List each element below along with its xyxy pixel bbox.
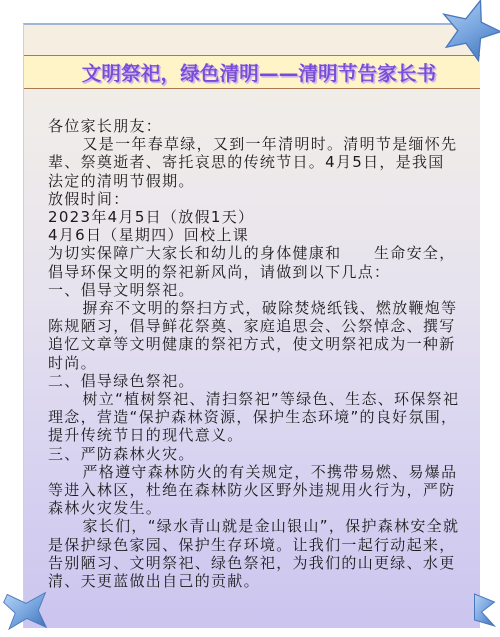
holiday-label: 放假时间： <box>48 190 460 208</box>
purpose-paragraph: 为切实保障广大家长和幼儿的身体健康和 生命安全，倡导环保文明的祭祀新风尚，请做到… <box>48 244 460 280</box>
section-heading-3: 三、严防森林火灾。 <box>48 445 460 463</box>
card-top-band <box>24 25 480 55</box>
intro-paragraph: 又是一年春草绿，又到一年清明时。清明节是缅怀先辈、祭奠逝者、寄托哀思的传统节日。… <box>48 135 460 190</box>
section-heading-1: 一、倡导文明祭祀。 <box>48 281 460 299</box>
star-icon-top-right <box>436 0 500 62</box>
section-heading-2: 二、倡导绿色祭祀。 <box>48 372 460 390</box>
section-body-3: 严格遵守森林防火的有关规定，不携带易燃、易爆品等进入林区，杜绝在森林防火区野外违… <box>48 463 460 518</box>
letter-body: 各位家长朋友： 又是一年春草绿，又到一年清明时。清明节是缅怀先辈、祭奠逝者、寄托… <box>48 117 460 590</box>
holiday-date: 2023年4月5日（放假1天） <box>48 208 460 226</box>
greeting: 各位家长朋友： <box>48 117 460 135</box>
title-banner: 文明祭祀，绿色清明——清明节告家长书 <box>24 55 480 89</box>
page-title: 文明祭祀，绿色清明——清明节告家长书 <box>68 58 437 86</box>
letter-card: 文明祭祀，绿色清明——清明节告家长书 各位家长朋友： 又是一年春草绿，又到一年清… <box>23 23 480 628</box>
return-date: 4月6日（星期四）回校上课 <box>48 226 460 244</box>
star-icon-bottom-right <box>474 590 500 630</box>
star-icon-bottom-left <box>2 590 48 630</box>
closing-paragraph: 家长们，“绿水青山就是金山银山”，保护森林安全就是保护绿色家园、保护生存环境。让… <box>48 517 460 590</box>
section-body-1: 摒弃不文明的祭扫方式，破除焚烧纸钱、燃放鞭炮等陈规陋习，倡导鲜花祭奠、家庭追思会… <box>48 299 460 372</box>
section-body-2: 树立“植树祭祀、清扫祭祀”等绿色、生态、环保祭祀理念，营造“保护森林资源，保护生… <box>48 390 460 445</box>
